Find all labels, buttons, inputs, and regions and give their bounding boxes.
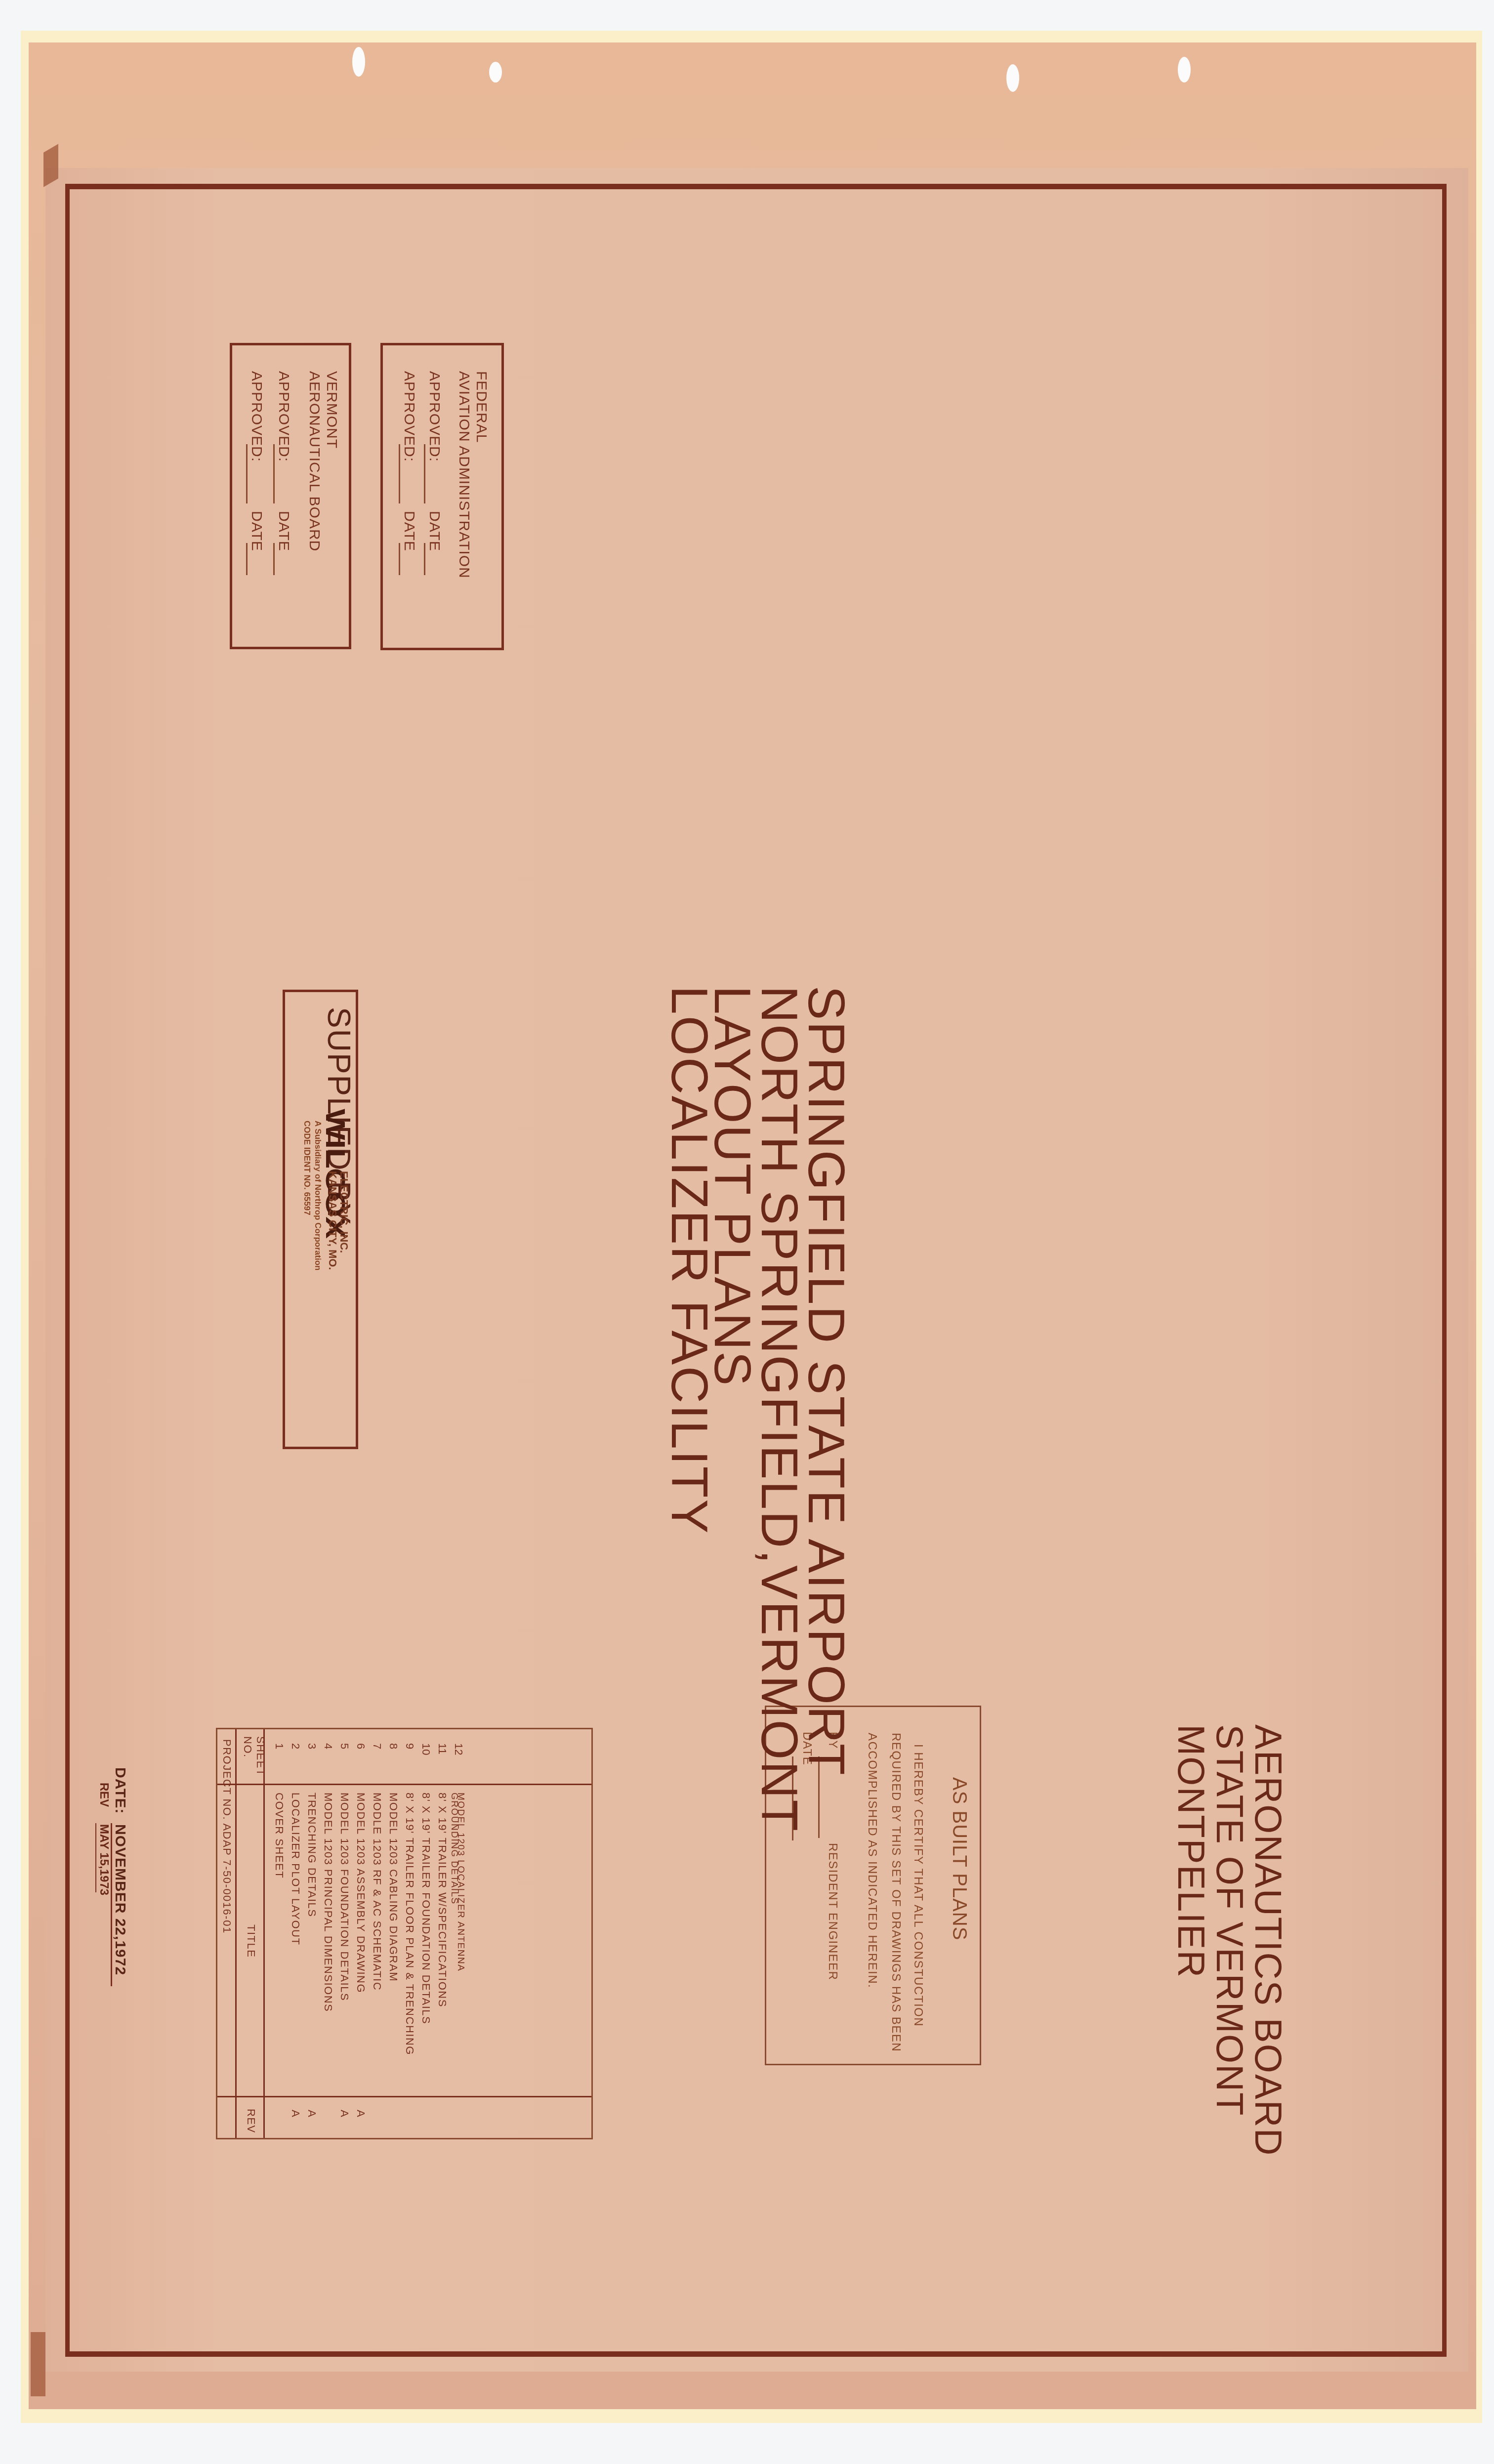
revision-mark: A [354,2110,367,2117]
supplier-city: KANSAS CITY, MO. [326,1171,339,1270]
tape-corner [31,2332,45,2396]
revision-mark: A [305,2110,318,2117]
approved-signature-line[interactable] [399,444,400,503]
date-value: NOVEMBER 22,1972 [112,1824,128,1975]
date-underline [111,1823,112,1986]
sheet-title: LOCALIZER PLOT LAYOUT [289,1793,302,1945]
project-number: PROJECT NO. ADAP 7-50-0016-01 [220,1739,233,1934]
sheet-number: 3 [305,1743,318,1749]
approval-agency: VERMONT [322,371,341,449]
sheet-number: 10 [419,1743,432,1755]
approved-label: APPROVED: [274,371,293,462]
agency-line: STATE OF VERMONT [1210,1724,1248,2116]
rev-underline [95,1823,96,1892]
sheet-number: 5 [338,1743,351,1749]
revision-mark: A [338,2110,351,2117]
sheet-number: 12 [452,1743,465,1755]
sheet-number: 7 [371,1743,383,1749]
approval-agency: FEDERAL [472,371,491,443]
sheet-title: 8' X 19' TRAILER W/SPECIFICATIONS [436,1793,449,2007]
sheet-number: 6 [354,1743,367,1749]
sheet-number: 4 [322,1743,334,1749]
sheet-number: 2 [289,1743,302,1749]
as-built-heading: AS BUILT PLANS [948,1777,970,1940]
sheet-number: 8 [387,1743,400,1749]
approved-signature-line[interactable] [273,444,275,503]
sheet-title: COVER SHEET [273,1793,286,1879]
binding-hole [352,47,365,77]
sheet-number: 1 [273,1743,286,1749]
supplier-subsidiary: A Subsidiary of Northrop Corporation [313,1121,323,1270]
binding-hole [1006,64,1019,92]
date-signature-line[interactable] [424,543,425,575]
title-line: NORTH SPRINGFIELD,VERMONT [753,986,805,1833]
rev-date-value: MAY 15,1973 [97,1824,111,1895]
faa-approval-box: FEDERAL AVIATION ADMINISTRATION APPROVED… [380,343,504,650]
sheet-title: MODLE 1203 RF & AC SCHEMATIC [371,1793,383,1991]
approval-agency: AVIATION ADMINISTRATION [455,371,473,579]
sheet-title: MODEL 1203 CABLING DIAGRAM [387,1793,400,1982]
sheet-index-table: SHEET NO. TITLE REV PROJECT NO. ADAP 7-5… [216,1728,593,2139]
table-divider [217,1784,591,1785]
sheet-title: MODEL 1203 ASSEMBLY DRAWING [354,1793,367,1993]
certification-line: ACCOMPLISHED AS INDICATED HEREIN. [860,1733,884,1988]
title-line: SPRINGFIELD STATE AIRPORT [800,986,852,1777]
table-divider [263,1729,265,2138]
rev-label: REV [97,1783,111,1807]
date-label: DATE: [112,1767,128,1814]
sheet-title: MODEL 1203 LOCALIZER ANTENNA GROUNDING D… [451,1793,464,2025]
certification-line: I HEREBY CERTIFY THAT ALL CONSTUCTION [906,1744,930,2027]
sheet-title: 8' X 19' TRAILER FLOOR PLAN & TRENCHING [403,1793,416,2055]
table-divider [217,2096,591,2097]
sheet-number: 9 [403,1743,416,1749]
revision-mark: A [289,2110,302,2117]
header-sheet-no: SHEET NO. [241,1736,267,1776]
date-label: DATE [400,511,418,551]
certification-line: REQUIRED BY THIS SET OF DRAWINGS HAS BEE… [884,1733,908,2052]
date-signature-line[interactable] [399,543,400,575]
sheet-title: TRENCHING DETAILS [305,1793,318,1917]
header-rev: REV [245,2109,257,2133]
title-line: LOCALIZER FACILITY [664,986,715,1535]
approved-signature-line[interactable] [424,444,425,503]
sheet-title: MODEL 1203 PRINCIPAL DIMENSIONS [322,1793,334,2012]
approval-agency: AERONAUTICAL BOARD [305,371,324,551]
binding-hole [489,62,502,83]
approved-label: APPROVED: [400,371,418,462]
sheet-title: 8' X 19' TRAILER FOUNDATION DETAILS [419,1793,432,2024]
date-signature-line[interactable] [273,543,275,575]
header-title: TITLE [245,1924,257,1958]
resident-engineer-label: RESIDENT ENGINEER [821,1843,844,1980]
date-label: DATE [425,511,444,551]
agency-line: AERONAUTICS BOARD [1249,1724,1286,2156]
sheet-title: MODEL 1203 FOUNDATION DETAILS [338,1793,351,2001]
date-label: DATE [274,511,293,551]
table-divider [235,1729,237,2138]
date-signature-line[interactable] [246,543,248,575]
supplier-company: ELECTRIC, INC. [337,1171,350,1253]
supplier-box: SUPPLIED BY WILCOX ELECTRIC, INC. KANSAS… [283,990,358,1449]
sheet-number: 11 [436,1743,449,1754]
approved-label: APPROVED: [247,371,266,462]
approved-signature-line[interactable] [246,444,248,503]
binding-hole [1178,57,1191,83]
date-label: DATE [247,511,266,551]
vermont-approval-box: VERMONT AERONAUTICAL BOARD APPROVED: DAT… [230,343,351,649]
supplier-code-ident: CODE IDENT NO. 65597 [302,1121,312,1215]
agency-line: MONTPELIER [1172,1724,1209,1978]
approved-label: APPROVED: [425,371,444,462]
